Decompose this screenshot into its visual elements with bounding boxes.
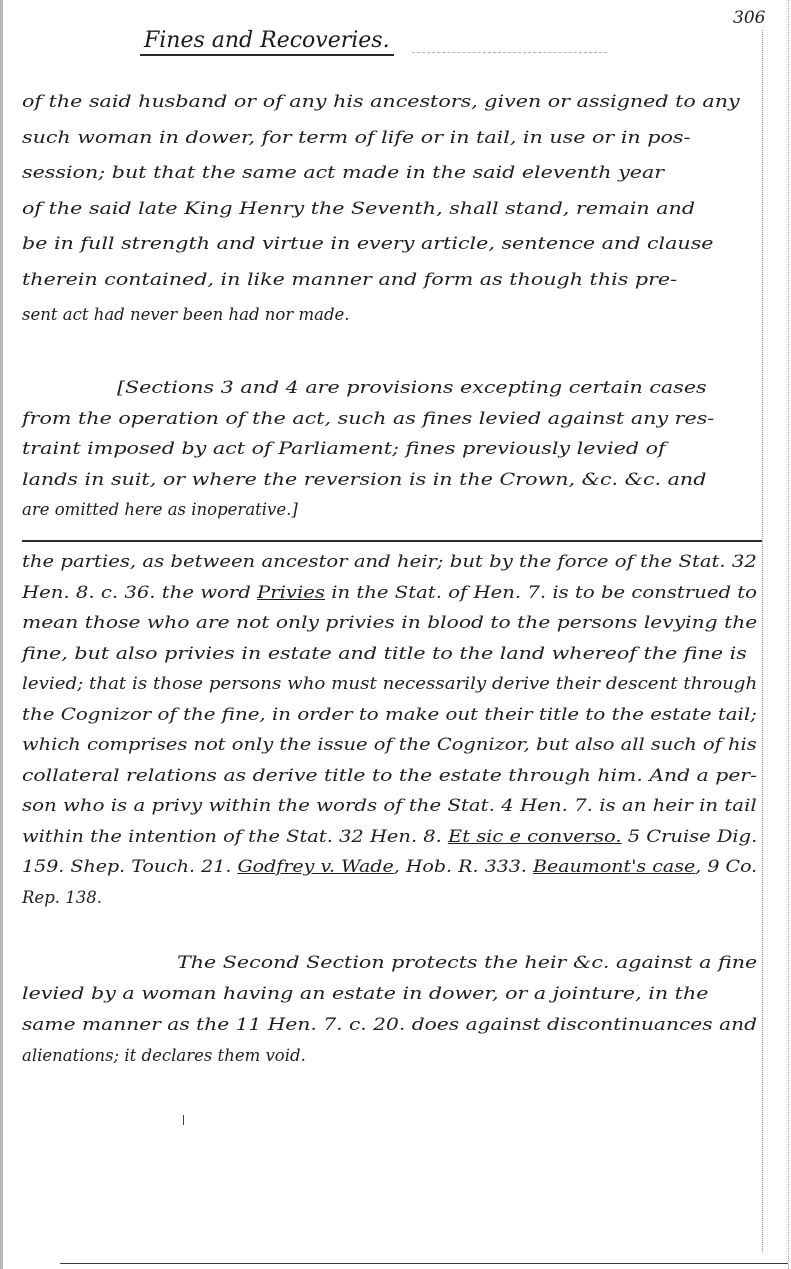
- line-text: which comprises not only the issue of th…: [22, 735, 757, 754]
- line-text: such woman in dower, for term of life or…: [22, 128, 690, 147]
- line-text: session; but that the same act made in t…: [22, 163, 664, 182]
- line-text: sent act had never been had nor made.: [22, 305, 350, 324]
- line-text: therein contained, in like manner and fo…: [22, 270, 677, 289]
- line-text: of the said late King Henry the Seventh,…: [22, 199, 695, 218]
- line-text: the parties, as between ancestor and hei…: [22, 552, 757, 571]
- underlined-term: Et sic e converso.: [448, 827, 622, 846]
- line-text: be in full strength and virtue in every …: [22, 234, 714, 253]
- page-number: 306: [733, 8, 765, 28]
- line-text: mean those who are not only privies in b…: [22, 613, 757, 632]
- underlined-term: Beaumont's case: [533, 857, 695, 876]
- line-text: from the operation of the act, such as f…: [22, 409, 714, 428]
- line-text: levied; that is those persons who must n…: [22, 674, 757, 693]
- line-text: Rep. 138.: [22, 888, 102, 907]
- line-text: fine, but also privies in estate and tit…: [22, 644, 747, 663]
- page-bottom-edge: [60, 1263, 788, 1264]
- line-text: Hen. 8. c. 36. the word Privies in the S…: [22, 583, 757, 602]
- line-text: the Cognizor of the fine, in order to ma…: [22, 705, 757, 724]
- line-text: of the said husband or of any his ancest…: [22, 92, 740, 111]
- page-title: Fines and Recoveries.: [140, 28, 394, 56]
- underlined-term: Godfrey v. Wade: [237, 857, 393, 876]
- margin-rule: [762, 30, 764, 1251]
- line-text: are omitted here as inoperative.]: [22, 500, 298, 519]
- line-text: [Sections 3 and 4 are provisions excepti…: [117, 378, 707, 397]
- line-text: The Second Section protects the heir &c.…: [177, 953, 757, 972]
- underlined-term: Privies: [257, 583, 325, 602]
- line-text: collateral relations as derive title to …: [22, 766, 757, 785]
- line-text: son who is a privy within the words of t…: [22, 796, 757, 815]
- stray-mark: [183, 1115, 184, 1125]
- scan-left-edge: [0, 0, 3, 1269]
- title-rule: [412, 52, 607, 53]
- line-text: alienations; it declares them void.: [22, 1046, 306, 1065]
- line-text: same manner as the 11 Hen. 7. c. 20. doe…: [22, 1015, 757, 1034]
- line-text: traint imposed by act of Parliament; fin…: [22, 439, 666, 458]
- line-text: 159. Shep. Touch. 21. Godfrey v. Wade, H…: [22, 857, 757, 876]
- line-text: lands in suit, or where the reversion is…: [22, 470, 706, 489]
- line-text: within the intention of the Stat. 32 Hen…: [22, 827, 757, 846]
- line-text: levied by a woman having an estate in do…: [22, 984, 708, 1003]
- section-divider: [22, 540, 762, 542]
